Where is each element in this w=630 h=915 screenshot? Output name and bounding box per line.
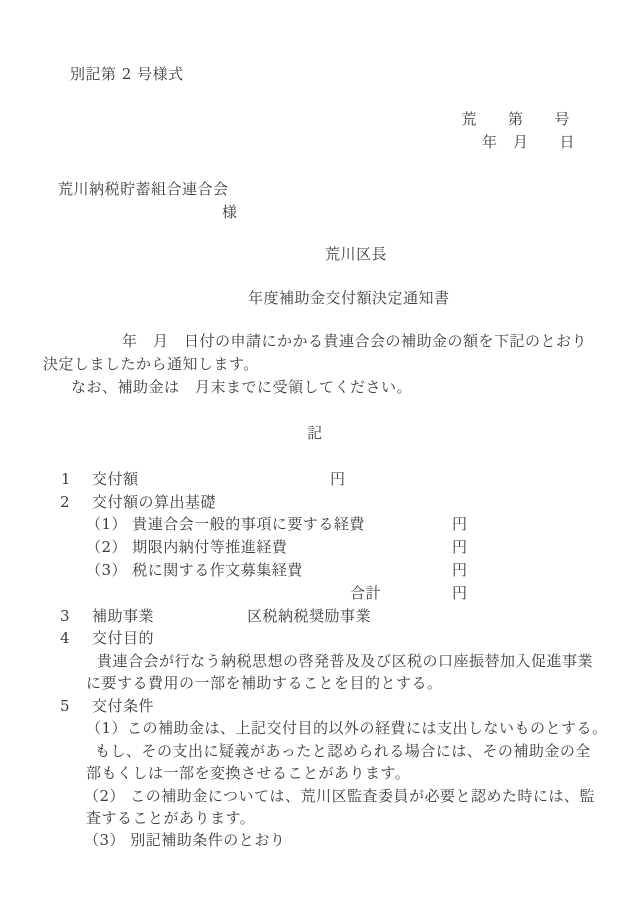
- date-line: 年 月 日: [375, 132, 575, 153]
- item-2-label: 交付額の算出基礎: [92, 492, 216, 513]
- body-line-3: なお、補助金は 月末までに受領してください。: [71, 377, 412, 398]
- item-4-text-line-2: に要する費用の一部を補助することを目的とする。: [86, 673, 443, 694]
- recipient-name: 荒川納税貯蓄組合連合会: [58, 179, 229, 200]
- body-line-1: 年 月 日付の申請にかかる貴連合会の補助金の額を下記のとおり: [122, 331, 587, 352]
- item-4-label: 交付目的: [92, 628, 154, 649]
- item-3-label: 補助事業: [92, 606, 154, 627]
- item-2-total-unit: 円: [452, 583, 468, 604]
- item-4-text-line-1: 貴連合会が行なう納税思想の啓発普及及び区税の口座振替加入促進事業: [97, 651, 593, 672]
- document-page: 別記第 2 号様式 荒 第 号 年 月 日 荒川納税貯蓄組合連合会 様 荒川区長…: [0, 0, 630, 915]
- item-2-sub-3-label: （3） 税に関する作文募集経費: [86, 560, 303, 581]
- item-2-sub-2-unit: 円: [452, 537, 468, 558]
- item-2-number: 2: [60, 492, 70, 513]
- item-5-number: 5: [60, 696, 70, 717]
- item-4-number: 4: [60, 628, 70, 649]
- ki-marker: 記: [0, 423, 630, 444]
- body-line-2: 決定しましたから通知します。: [43, 354, 259, 375]
- item-1-unit: 円: [330, 469, 346, 490]
- form-number: 別記第 2 号様式: [70, 64, 184, 85]
- recipient-honorific: 様: [222, 202, 238, 223]
- document-title: 年度補助金交付額決定通知書: [248, 288, 450, 309]
- item-5-sub-1-line-2: もし、その支出に疑義があったと認められる場合には、その補助金の全: [95, 741, 591, 762]
- item-2-sub-2-label: （2） 期限内納付等推進経費: [86, 537, 287, 558]
- item-5-sub-3-line: （3） 別記補助条件のとおり: [84, 830, 285, 851]
- doc-number-line: 荒 第 号: [370, 109, 570, 130]
- item-1-number: 1: [61, 469, 71, 490]
- item-2-total-label: 合計: [350, 583, 381, 604]
- item-1-label: 交付額: [92, 469, 139, 490]
- item-5-sub-1-line-3: 部もくしは一部を変換させることがあります。: [86, 763, 410, 784]
- item-3-number: 3: [60, 606, 70, 627]
- item-5-sub-2-line-1: （2） この補助金については、荒川区監査委員が必要と認めた時には、監: [84, 786, 595, 807]
- item-2-sub-3-unit: 円: [452, 560, 468, 581]
- item-5-sub-2-line-2: 査することがあります。: [86, 808, 255, 829]
- item-3-value: 区税納税奨励事業: [247, 606, 371, 627]
- item-5-sub-1-line-1: （1）この補助金は、上記交付目的以外の経費には支出しないものとする。: [86, 718, 608, 739]
- sender-title: 荒川区長: [325, 244, 387, 265]
- item-5-label: 交付条件: [92, 696, 154, 717]
- item-2-sub-1-unit: 円: [452, 514, 468, 535]
- item-2-sub-1-label: （1） 貴連合会一般的事項に要する経費: [86, 514, 365, 535]
